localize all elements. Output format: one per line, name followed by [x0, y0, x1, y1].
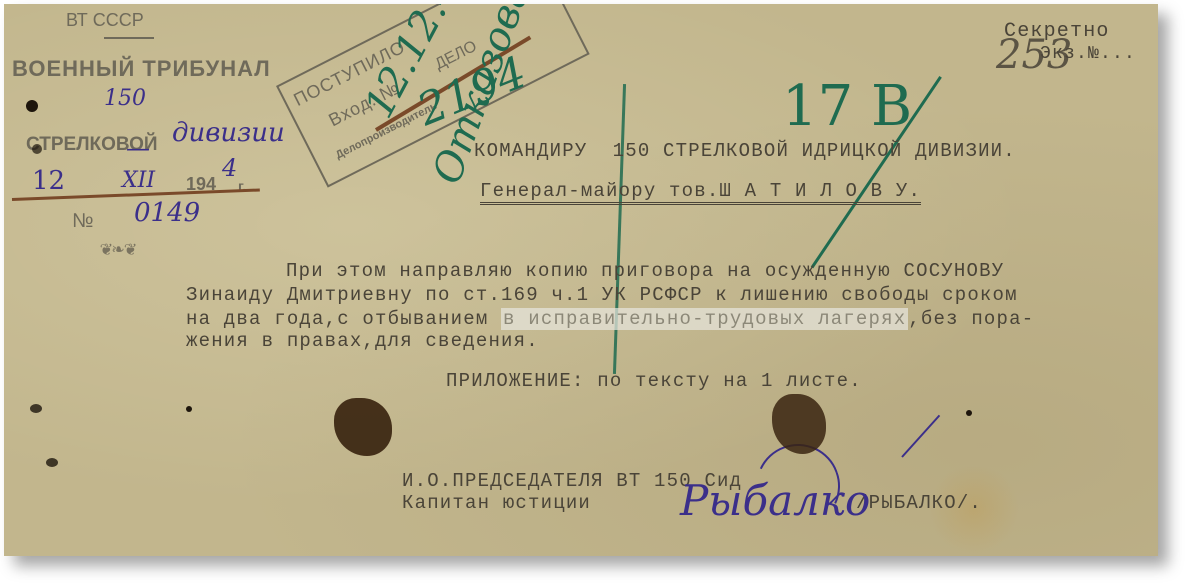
- punch-hole: [26, 100, 38, 112]
- punch-hole: [32, 144, 42, 154]
- green-annotation: 17 В: [782, 74, 912, 139]
- letterhead-rule: [104, 37, 154, 39]
- body-line2: Зинаиду Дмитриевну по ст.169 ч.1 УК РСФС…: [186, 284, 1018, 306]
- blue-tick-mark: [901, 415, 940, 458]
- green-vertical-line: [613, 84, 626, 374]
- copy-number-handwritten: 253: [996, 32, 1072, 78]
- body-line3: на два года,с отбыванием в исправительно…: [186, 308, 1034, 330]
- attachment-line: ПРИЛОЖЕНИЕ: по тексту на 1 листе.: [446, 370, 862, 392]
- body-line3-post: ,без пора-: [908, 308, 1034, 330]
- document-sheet: ВТ СССР ВОЕННЫЙ ТРИБУНАЛ 150 СТРЕЛКОВОЙ …: [4, 4, 1158, 556]
- addressee-line1: КОМАНДИРУ 150 СТРЕЛКОВОЙ ИДРИЦКОЙ ДИВИЗИ…: [474, 140, 1016, 162]
- addressee-line2: Генерал-майору тов.Ш А Т И Л О В У.: [480, 180, 921, 205]
- highlighted-phrase[interactable]: в исправительно-трудовых лагерях: [501, 308, 908, 330]
- body-line1: При этом направляю копию приговора на ос…: [286, 260, 1004, 282]
- punch-hole: [46, 458, 58, 467]
- signatory-name: /РЫБАЛКО/.: [856, 492, 982, 514]
- body-line4: жения в правах,для сведения.: [186, 330, 539, 352]
- letterhead-date-year-handwritten: 4: [222, 154, 237, 182]
- letterhead-number-label: №: [72, 210, 93, 233]
- letterhead-date-month: XII: [122, 168, 155, 193]
- letterhead-number-handwritten: 0149: [134, 198, 200, 228]
- body-line3-pre: на два года,с отбыванием: [186, 308, 501, 330]
- pin-hole: [966, 410, 972, 416]
- letterhead-unit-handwritten: 150: [104, 86, 146, 111]
- letterhead-line2: ВОЕННЫЙ ТРИБУНАЛ: [12, 56, 271, 82]
- signatory-rank: Капитан юстиции: [402, 492, 591, 514]
- burn-stain: [772, 394, 826, 454]
- letterhead-date-day: 12: [32, 166, 65, 196]
- letterhead-division-handwritten: дивизии: [172, 118, 285, 148]
- punch-hole: [30, 404, 42, 413]
- burn-stain: [334, 398, 392, 456]
- ornament-icon: ❦❧❦: [100, 236, 136, 262]
- pin-hole: [186, 406, 192, 412]
- letterhead-line1: ВТ СССР: [66, 10, 144, 31]
- letterhead-dash: —: [126, 134, 150, 162]
